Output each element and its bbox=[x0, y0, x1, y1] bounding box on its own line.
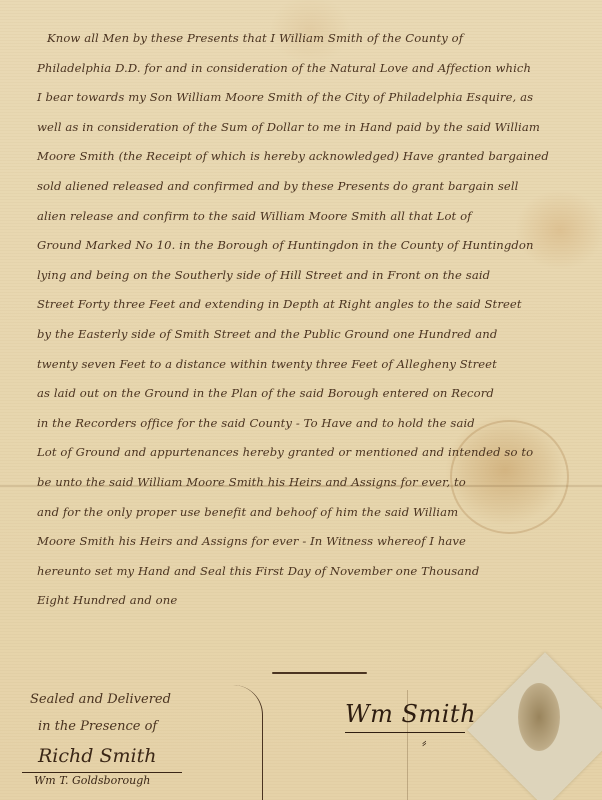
signature-paraph-icon: ⸗ bbox=[420, 735, 428, 753]
attestation-line-1: Sealed and Delivered bbox=[30, 686, 171, 713]
witness-underline bbox=[22, 772, 182, 773]
body-line: twenty seven Feet to a distance within t… bbox=[37, 350, 597, 380]
body-line: by the Easterly side of Smith Street and… bbox=[37, 320, 597, 350]
attestation-line-2: in the Presence of bbox=[30, 713, 171, 740]
seal-impression-icon bbox=[518, 683, 560, 751]
witness-signature-2: Wm T. Goldsborough bbox=[34, 774, 150, 787]
witness-signature-1: Richd Smith bbox=[38, 745, 156, 767]
body-line: Know all Men by these Presents that I Wi… bbox=[37, 24, 597, 54]
closing-flourish-line bbox=[272, 672, 367, 674]
body-line: sold aliened released and confirmed and … bbox=[37, 172, 597, 202]
body-line: Street Forty three Feet and extending in… bbox=[37, 290, 597, 320]
body-line: Moore Smith his Heirs and Assigns for ev… bbox=[37, 527, 597, 557]
body-line: hereunto set my Hand and Seal this First… bbox=[37, 557, 597, 587]
body-line: and for the only proper use benefit and … bbox=[37, 498, 597, 528]
deed-body-text: Know all Men by these Presents that I Wi… bbox=[37, 24, 597, 616]
body-line: Eight Hundred and one bbox=[37, 586, 597, 616]
body-line: Philadelphia D.D. for and in considerati… bbox=[37, 54, 597, 84]
body-line: well as in consideration of the Sum of D… bbox=[37, 113, 597, 143]
body-line: be unto the said William Moore Smith his… bbox=[37, 468, 597, 498]
body-line: lying and being on the Southerly side of… bbox=[37, 261, 597, 291]
grantor-signature: Wm Smith bbox=[345, 700, 476, 728]
deed-document: Know all Men by these Presents that I Wi… bbox=[0, 0, 602, 800]
signature-underline bbox=[345, 732, 465, 733]
body-line: Lot of Ground and appurtenances hereby g… bbox=[37, 438, 597, 468]
body-line: as laid out on the Ground in the Plan of… bbox=[37, 379, 597, 409]
body-line: Ground Marked No 10. in the Borough of H… bbox=[37, 231, 597, 261]
body-line: Moore Smith (the Receipt of which is her… bbox=[37, 142, 597, 172]
witness-brace-flourish bbox=[232, 685, 263, 800]
body-line: in the Recorders office for the said Cou… bbox=[37, 409, 597, 439]
body-line: alien release and confirm to the said Wi… bbox=[37, 202, 597, 232]
attestation-clause: Sealed and Delivered in the Presence of bbox=[30, 686, 171, 740]
body-line: I bear towards my Son William Moore Smit… bbox=[37, 83, 597, 113]
